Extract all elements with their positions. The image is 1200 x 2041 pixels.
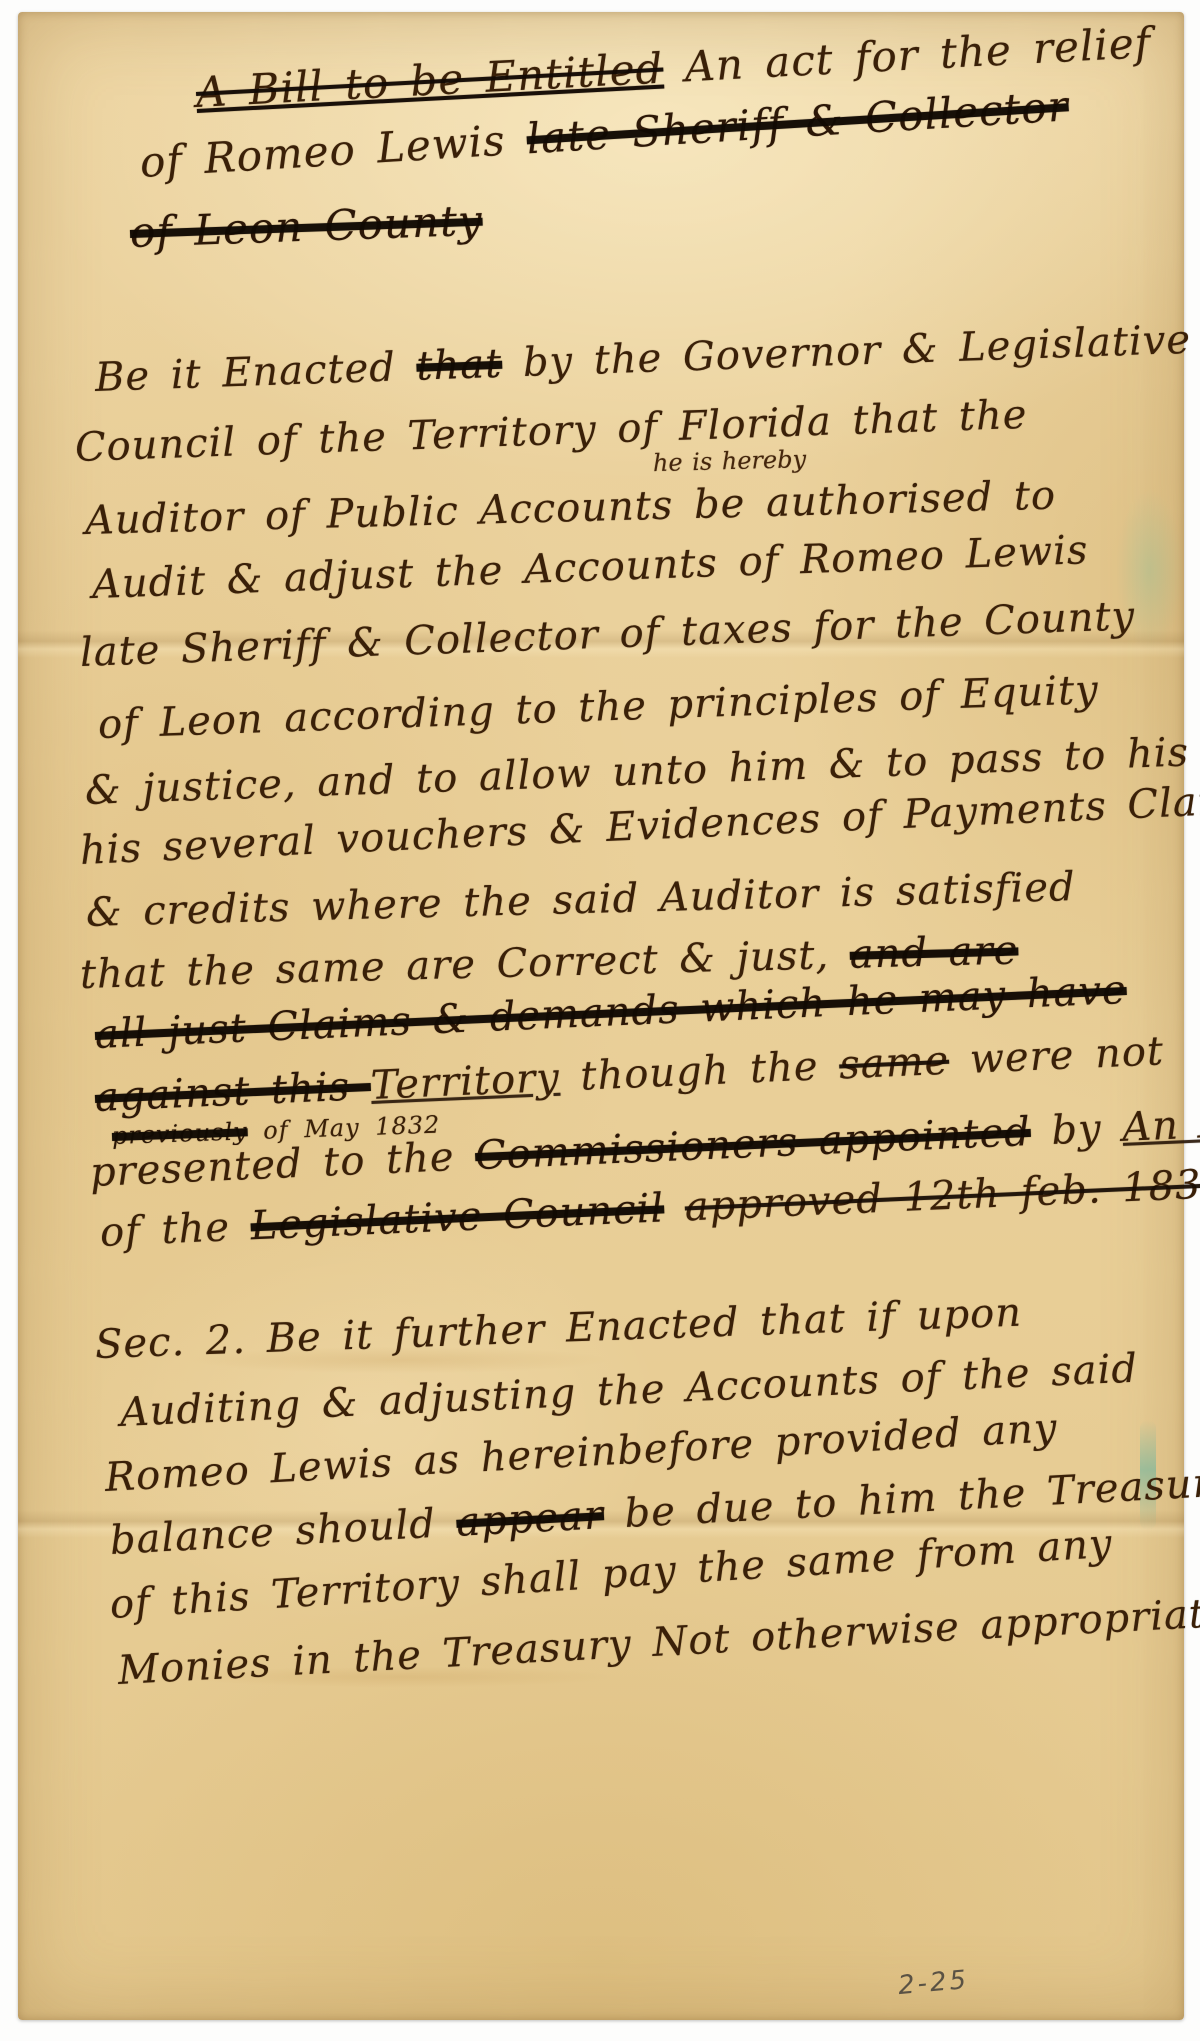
text-segment: of Leon according to the principles of E… (97, 667, 1099, 748)
text-segment: Council of the Territory of Florida that… (74, 392, 1028, 471)
manuscript-line: late Sheriff & Collector of taxes for th… (79, 593, 1136, 676)
text-segment-struck: same (838, 1038, 950, 1089)
text-segment: though the (559, 1043, 840, 1101)
manuscript-line: Council of the Territory of Florida that… (74, 392, 1028, 471)
manuscript-lines: A Bill to be Entitled An act for the rel… (0, 0, 1200, 2041)
text-segment: Be it Enacted (94, 344, 417, 401)
text-segment: behe is hereby (693, 481, 745, 528)
text-segment-struck: Commissioners appointed (474, 1109, 1032, 1179)
interlinear-insertion: he is hereby (653, 445, 807, 477)
text-segment: & credits where the said Auditor is sati… (85, 864, 1076, 936)
text-segment: Auditor of Public Accounts (84, 482, 694, 544)
text-segment: of the (99, 1203, 252, 1256)
text-segment-struck: appear (455, 1492, 605, 1546)
manuscript-line: Be it Enacted that by the Governor & Leg… (94, 317, 1192, 401)
text-segment-struck: approved 12th feb. 1832. (684, 1160, 1200, 1230)
text-segment: authorised to (745, 473, 1057, 527)
text-segment-struck: that (416, 341, 503, 390)
text-segment: of Romeo Lewis (139, 114, 529, 187)
text-segment-struck: against this (94, 1063, 372, 1121)
text-segment: by (1030, 1105, 1124, 1155)
text-segment-struck: and are (849, 927, 1019, 977)
manuscript-line: of Leon according to the principles of E… (97, 667, 1099, 748)
archival-page-number: 2-25 (897, 1965, 970, 2001)
manuscript-line: & credits where the said Auditor is sati… (85, 864, 1076, 936)
text-segment: An act for the relief (662, 18, 1152, 92)
text-segment: were not (948, 1028, 1165, 1083)
text-segment: by the Governor & Legislative (501, 317, 1191, 387)
text-segment-struck: of Leon County (129, 196, 483, 257)
text-segment-struck: Legislative Council (250, 1185, 665, 1249)
text-segment-struck: A Bill to be Entitled (195, 44, 665, 117)
manuscript-line: of Leon County (129, 196, 483, 257)
text-segment: balance should (109, 1500, 458, 1564)
text-segment: Territory (370, 1055, 561, 1109)
text-segment: An Act (1121, 1099, 1200, 1151)
text-segment (663, 1184, 686, 1231)
text-segment: late Sheriff & Collector of taxes for th… (79, 593, 1136, 676)
